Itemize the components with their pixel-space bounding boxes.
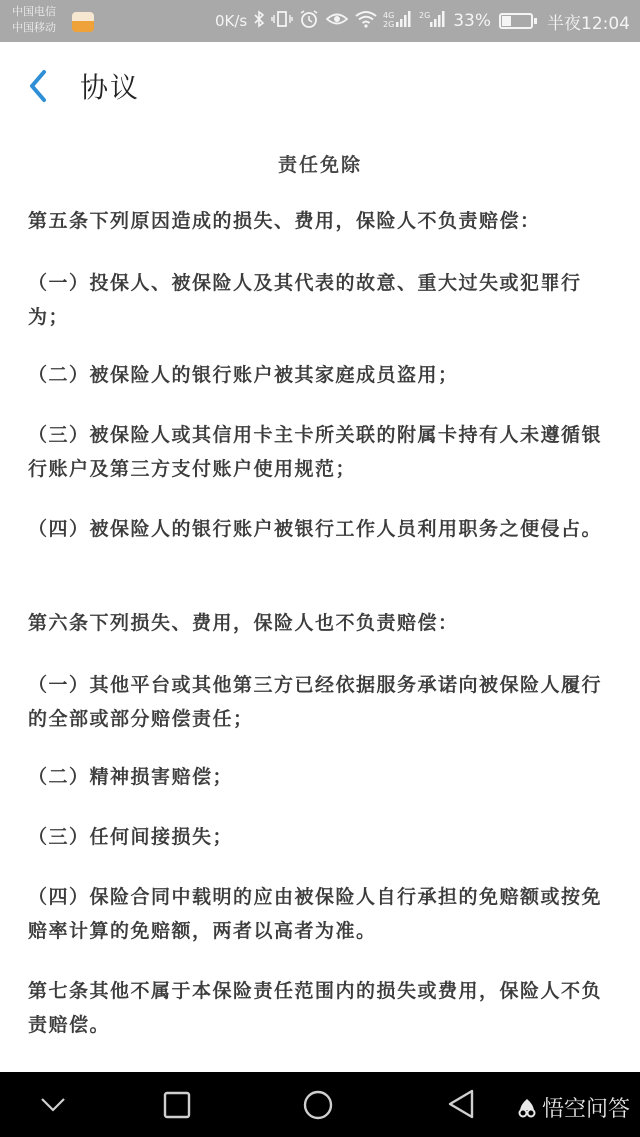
clause-5-item-2: （二）被保险人的银行账户被其家庭成员盗用； — [28, 358, 612, 392]
app-notification-icon — [72, 12, 94, 32]
page-title: 协议 — [80, 66, 140, 106]
home-button[interactable] — [302, 1089, 334, 1125]
clause-7: 第七条其他不属于本保险责任范围内的损失或费用，保险人不负责赔偿。 — [28, 974, 612, 1042]
back-button[interactable] — [22, 66, 56, 106]
clock: 半夜12:04 — [547, 9, 630, 34]
square-icon — [162, 1090, 192, 1120]
svg-text:4G: 4G — [383, 11, 394, 20]
circle-icon — [302, 1089, 334, 1121]
watermark: 悟空问答 — [516, 1092, 630, 1123]
clause-6-item-1: （一）其他平台或其他第三方已经依据服务承诺向被保险人履行的全部或部分赔偿责任； — [28, 668, 612, 736]
clause-6-item-3: （三）任何间接损失； — [28, 820, 612, 854]
carrier-1: 中国电信 — [12, 4, 56, 20]
clause-5-item-3: （三）被保险人或其信用卡主卡所关联的附属卡持有人未遵循银行账户及第三方支付账户使… — [28, 418, 612, 486]
bluetooth-icon — [253, 10, 265, 33]
chevron-left-icon — [22, 66, 56, 106]
vibrate-icon — [271, 10, 293, 33]
clause-5-item-4: （四）被保险人的银行账户被银行工作人员利用职务之便侵占。 — [28, 512, 612, 546]
status-icons: 0K/s 4G2G 2G 33% 半夜12:04 — [215, 0, 630, 42]
eye-comfort-icon — [325, 10, 349, 33]
clause-6: 第六条下列损失、费用，保险人也不负责赔偿： — [28, 606, 612, 640]
clause-5: 第五条下列原因造成的损失、费用，保险人不负责赔偿： — [28, 204, 612, 238]
net-speed: 0K/s — [215, 12, 247, 30]
app-bar: 协议 — [0, 42, 640, 130]
document-heading: 责任免除 — [0, 150, 640, 177]
triangle-back-icon — [446, 1088, 476, 1120]
svg-text:2G: 2G — [383, 20, 394, 29]
back-nav-button[interactable] — [446, 1088, 476, 1124]
clause-6-item-4: （四）保险合同中载明的应由被保险人自行承担的免赔额或按免赔率计算的免赔额，两者以… — [28, 880, 612, 948]
carrier-info: 中国电信 中国移动 — [12, 4, 56, 36]
navigation-bar: 悟空问答 — [0, 1072, 640, 1137]
svg-text:2G: 2G — [419, 11, 430, 20]
battery-percent: 33% — [453, 11, 491, 31]
recents-button[interactable] — [162, 1090, 192, 1124]
document-content: 责任免除 第五条下列原因造成的损失、费用，保险人不负责赔偿： （一）投保人、被保… — [0, 130, 640, 1070]
watermark-text: 悟空问答 — [542, 1092, 630, 1123]
carrier-2: 中国移动 — [12, 20, 56, 36]
alarm-icon — [299, 9, 319, 34]
wukong-logo-icon — [516, 1098, 538, 1118]
clause-6-item-2: （二）精神损害赔偿； — [28, 760, 612, 794]
battery-icon — [499, 13, 533, 29]
clause-5-item-1: （一）投保人、被保险人及其代表的故意、重大过失或犯罪行为； — [28, 266, 612, 334]
signal-icon-2: 2G — [419, 9, 447, 34]
wifi-icon — [355, 10, 377, 33]
chevron-down-icon — [38, 1092, 68, 1116]
signal-icon-1: 4G2G — [383, 9, 413, 34]
status-bar: 中国电信 中国移动 0K/s 4G2G 2G 33% 半夜12:04 — [0, 0, 640, 42]
collapse-button[interactable] — [38, 1092, 68, 1120]
